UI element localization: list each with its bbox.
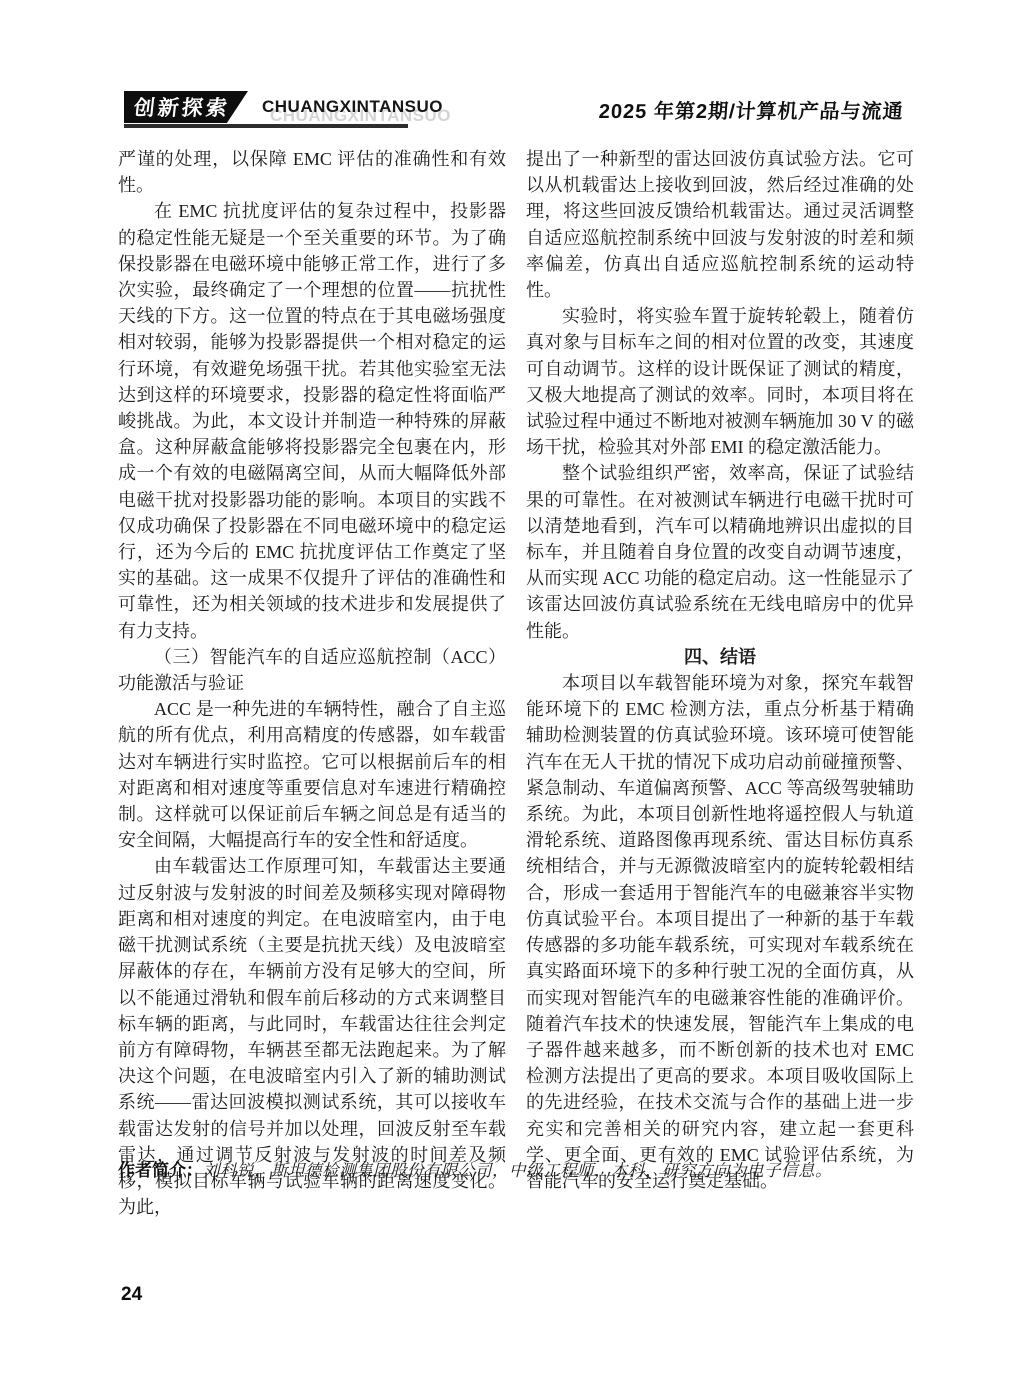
section-badge: 创新探索 — [124, 91, 248, 123]
author-bio-label: 作者简介： — [118, 1161, 203, 1180]
journal-page: 创新探索 CHUANGXINTANSUO CHUANGXINTANSUO 202… — [0, 0, 1020, 1375]
paragraph-continuation: 提出了一种新型的雷达回波仿真试验方法。它可以从机载雷达上接收到回波，然后经过准确… — [526, 146, 914, 303]
paragraph-continuation: 严谨的处理，以保障 EMC 评估的准确性和有效性。 — [118, 146, 506, 198]
right-column: 提出了一种新型的雷达回波仿真试验方法。它可以从机载雷达上接收到回波，然后经过准确… — [526, 146, 914, 1194]
paragraph: 实验时，将实验车置于旋转轮毂上，随着仿真对象与目标车之间的相对位置的改变，其速度… — [526, 303, 914, 460]
issue-info: 2025 年第2期/计算机产品与流通 — [598, 95, 905, 124]
author-bio-line: 作者简介：刘科锐，斯坦德检测集团股份有限公司，中级工程师，本科，研究方向为电子信… — [118, 1158, 928, 1184]
paragraph: ACC 是一种先进的车辆特性，融合了自主巡航的所有优点，利用高精度的传感器，如车… — [118, 696, 506, 853]
section-badge-romanization: CHUANGXINTANSUO — [262, 97, 443, 117]
author-bio-text: 刘科锐，斯坦德检测集团股份有限公司，中级工程师，本科，研究方向为电子信息。 — [203, 1161, 832, 1180]
subsection-heading-acc: （三）智能汽车的自适应巡航控制（ACC）功能激活与验证 — [118, 644, 506, 696]
conclusion-heading: 四、结语 — [526, 644, 914, 670]
paragraph: 整个试验组织严密，效率高，保证了试验结果的可靠性。在对被测试车辆进行电磁干扰时可… — [526, 460, 914, 643]
left-column: 严谨的处理，以保障 EMC 评估的准确性和有效性。 在 EMC 抗扰度评估的复杂… — [118, 146, 506, 1220]
section-badge-label: 创新探索 — [132, 92, 231, 122]
paragraph: 在 EMC 抗扰度评估的复杂过程中，投影器的稳定性能无疑是一个至关重要的环节。为… — [118, 198, 506, 643]
paragraph: 本项目以车载智能环境为对象，探究车载智能环境下的 EMC 检测方法，重点分析基于… — [526, 670, 914, 1194]
page-number: 24 — [121, 1284, 142, 1306]
